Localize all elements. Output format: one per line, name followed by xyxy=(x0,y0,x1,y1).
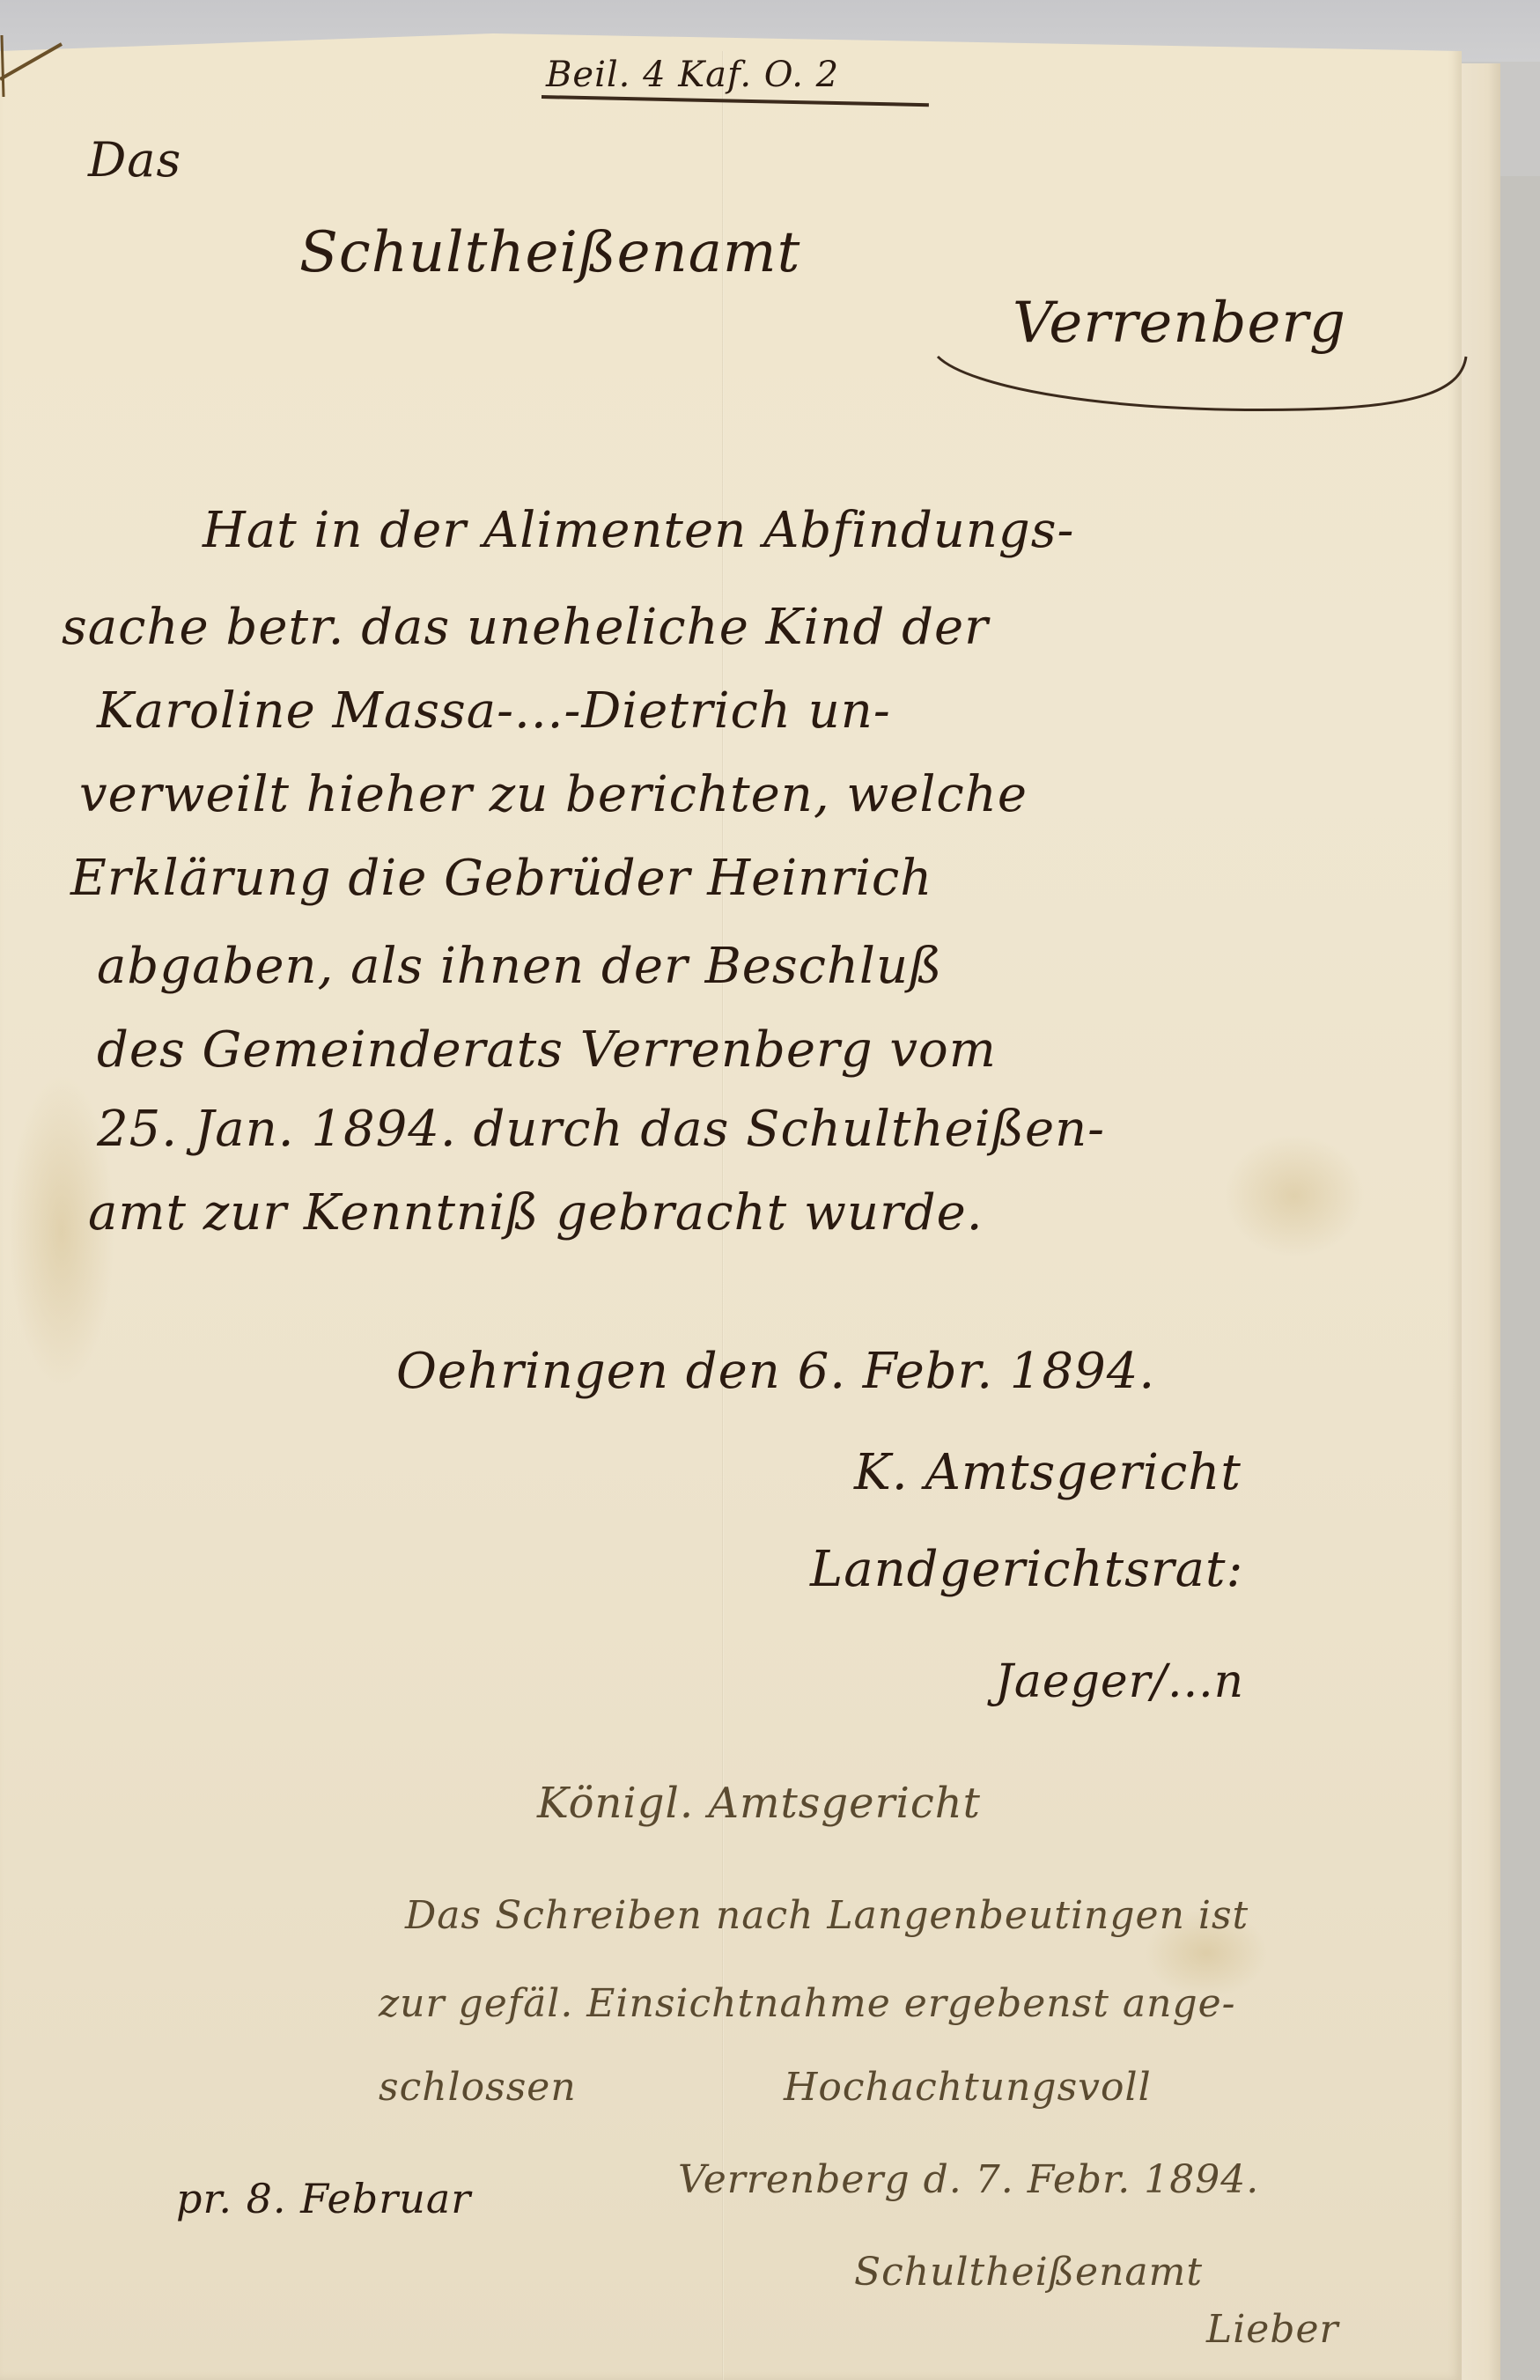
body-line: sache betr. das uneheliche Kind der xyxy=(62,599,989,656)
court-signature: Jaeger/...n xyxy=(995,1655,1244,1708)
court-office-line-2: Landgerichtsrat: xyxy=(810,1541,1243,1598)
reply-heading: Königl. Amtsgericht xyxy=(537,1779,981,1828)
body-line: abgaben, als ihnen der Beschluß xyxy=(97,938,942,995)
body-line: Karoline Massa-...-Dietrich un- xyxy=(97,682,891,740)
reply-office: Schultheißenamt xyxy=(854,2250,1203,2295)
salutation: Das xyxy=(88,132,181,188)
court-office-line-1: K. Amtsgericht xyxy=(854,1444,1242,1501)
closing-place-date: Oehringen den 6. Febr. 1894. xyxy=(396,1343,1155,1400)
reply-line: Das Schreiben nach Langenbeutingen ist xyxy=(405,1893,1249,1938)
margin-stroke-icon xyxy=(0,26,70,123)
body-line: Erklärung die Gebrüder Heinrich xyxy=(70,850,932,907)
body-line: Hat in der Alimenten Abfindungs- xyxy=(203,502,1074,559)
photo-backdrop-right xyxy=(1494,176,1540,2380)
addressee-place: Verrenberg xyxy=(1013,291,1346,356)
addressee: Schultheißenamt xyxy=(299,220,800,285)
reply-valediction: Hochachtungsvoll xyxy=(784,2065,1152,2110)
body-line: verweilt hieher zu berichten, welche xyxy=(79,766,1028,823)
reply-place-date: Verrenberg d. 7. Febr. 1894. xyxy=(678,2157,1259,2202)
water-stain xyxy=(1224,1134,1365,1257)
reference-number: Beil. 4 Kaf. O. 2 xyxy=(546,55,839,95)
flourish-underline xyxy=(933,352,1479,423)
received-note: pr. 8. Februar xyxy=(176,2175,471,2222)
body-line: amt zur Kenntniß gebracht wurde. xyxy=(88,1184,984,1242)
reply-line: schlossen xyxy=(379,2065,577,2110)
reply-signature: Lieber xyxy=(1206,2307,1339,2352)
body-line: 25. Jan. 1894. durch das Schultheißen- xyxy=(97,1101,1105,1158)
body-line: des Gemeinderats Verrenberg vom xyxy=(97,1021,997,1079)
reply-line: zur gefäl. Einsichtnahme ergebenst ange- xyxy=(379,1981,1236,2026)
